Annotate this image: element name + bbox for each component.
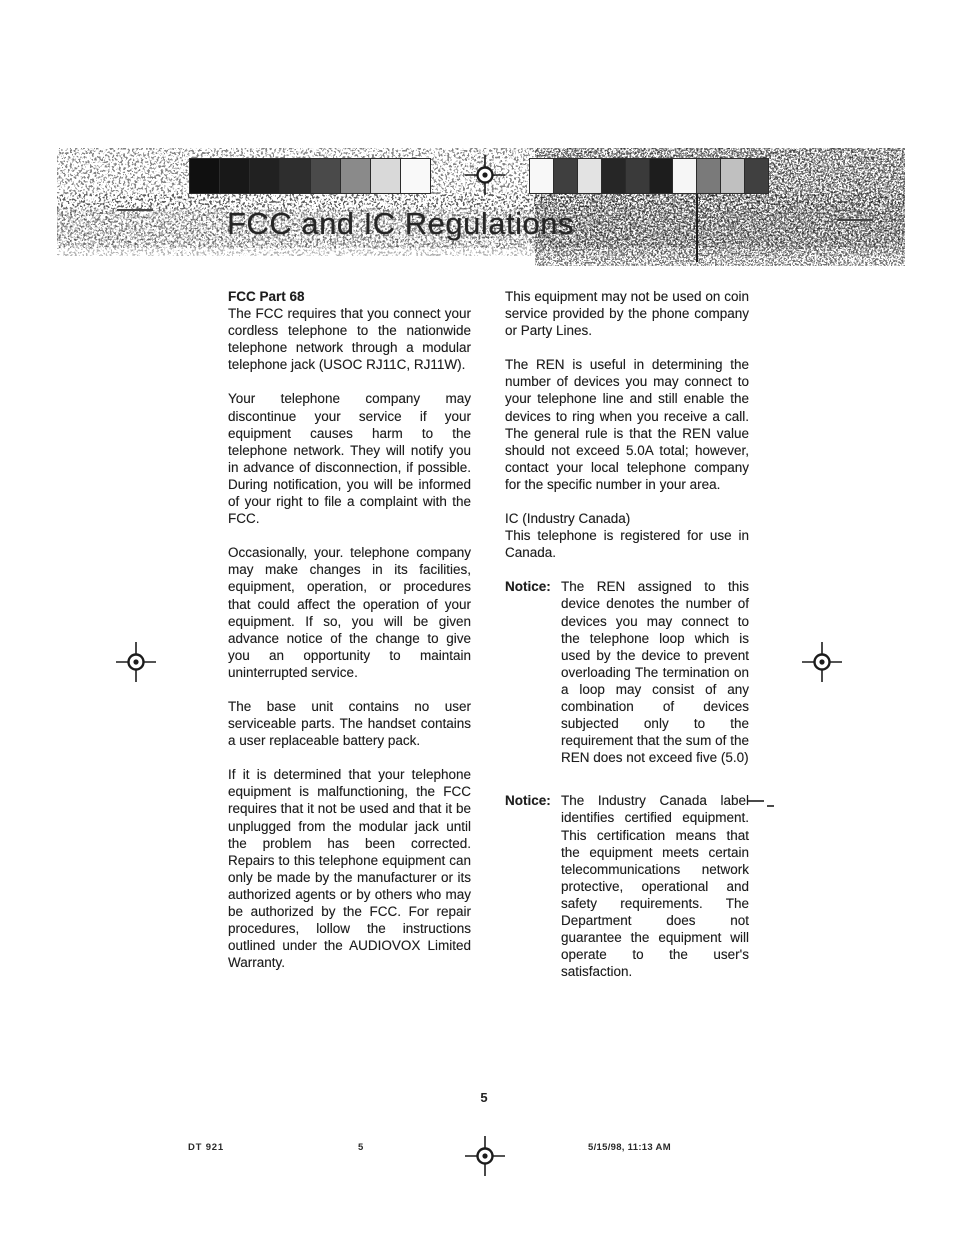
calibration-swatch: [697, 159, 721, 193]
calibration-swatch: [578, 159, 602, 193]
paragraph: This equipment may not be used on coin s…: [505, 288, 749, 339]
paragraph: The FCC requires that you connect your c…: [228, 305, 471, 373]
document-page: FCC and IC Regulations FCC Part 68 The F…: [0, 0, 954, 1239]
calibration-swatch: [250, 159, 280, 193]
calibration-swatch: [401, 159, 430, 193]
section-heading-ic: IC (Industry Canada): [505, 510, 749, 527]
registration-mark-icon: [463, 153, 507, 197]
calibration-swatch: [311, 159, 341, 193]
footer-page-number: 5: [358, 1142, 364, 1153]
page-number: 5: [0, 1090, 954, 1105]
paragraph: This telephone is registered for use in …: [505, 527, 749, 561]
calibration-swatch: [602, 159, 626, 193]
section-heading-fcc-part-68: FCC Part 68: [228, 288, 471, 305]
calibration-swatch: [721, 159, 745, 193]
page-title: FCC and IC Regulations: [227, 206, 574, 242]
left-column: FCC Part 68 The FCC requires that you co…: [228, 288, 471, 988]
scan-artifact-dash: [748, 800, 764, 802]
notice-block-ren: Notice: The REN assigned to this device …: [505, 578, 749, 766]
footer-timestamp: 5/15/98, 11:13 AM: [588, 1142, 671, 1153]
registration-mark-icon: [463, 1134, 507, 1178]
calibration-swatch: [650, 159, 674, 193]
notice-label: Notice:: [505, 578, 551, 595]
paragraph: If it is determined that your telephone …: [228, 766, 471, 971]
calibration-strip-left: [189, 158, 431, 194]
calibration-swatch: [341, 159, 371, 193]
calibration-swatch: [371, 159, 401, 193]
notice-block-industry-canada: Notice: The Industry Canada label identi…: [505, 792, 749, 980]
registration-mark-icon: [800, 640, 844, 684]
calibration-swatch: [626, 159, 650, 193]
paragraph: The base unit contains no user serviceab…: [228, 698, 471, 749]
registration-mark-icon: [114, 640, 158, 684]
right-column: This equipment may not be used on coin s…: [505, 288, 749, 997]
paragraph: The REN is useful in determining the num…: [505, 356, 749, 493]
paragraph: Your telephone company may discontinue y…: [228, 390, 471, 527]
calibration-swatch: [190, 159, 220, 193]
calibration-swatch: [673, 159, 697, 193]
notice-body: The REN assigned to this device denotes …: [561, 578, 749, 766]
calibration-swatch: [530, 159, 554, 193]
calibration-strip-right: [529, 158, 769, 194]
calibration-swatch: [220, 159, 250, 193]
footer-doc-id: DT 921: [188, 1142, 224, 1153]
scan-artifact-dash: [767, 805, 774, 807]
calibration-swatch: [554, 159, 578, 193]
calibration-swatch: [745, 159, 768, 193]
notice-body: The Industry Canada label identifies cer…: [561, 792, 749, 980]
notice-label: Notice:: [505, 792, 551, 809]
calibration-swatch: [280, 159, 310, 193]
paragraph: Occasionally, your. telephone company ma…: [228, 544, 471, 681]
